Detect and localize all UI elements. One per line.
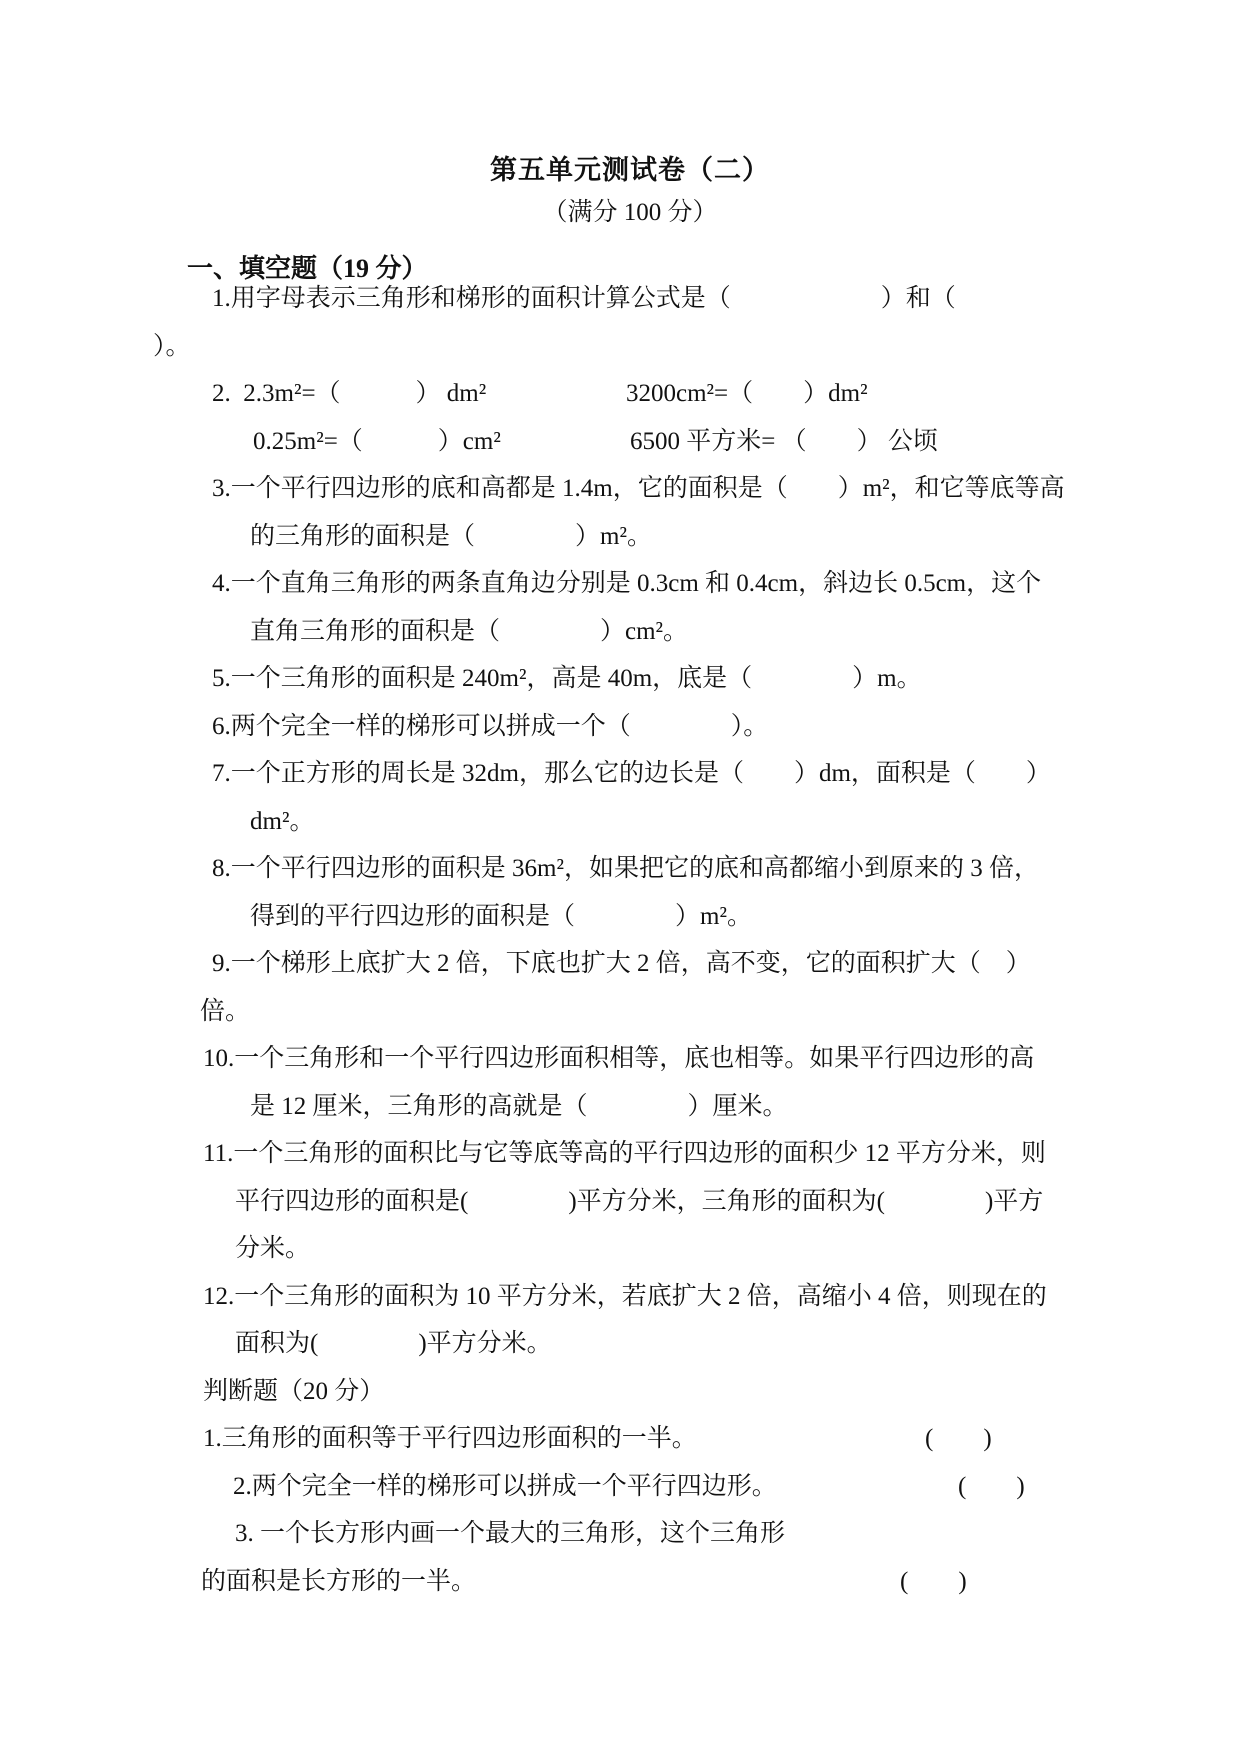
tf-question-3-line-1: 3. 一个长方形内画一个最大的三角形，这个三角形 [150, 1510, 1160, 1558]
question-4-line-2: 直角三角形的面积是（ ）cm²。 [150, 608, 1160, 656]
question-12-line-1: 12.一个三角形的面积为 10 平方分米，若底扩大 2 倍，高缩小 4 倍，则现… [150, 1273, 1160, 1321]
question-10-line-2: 是 12 厘米，三角形的高就是（ ）厘米。 [150, 1083, 1160, 1131]
question-1-line-1: 1.用字母表示三角形和梯形的面积计算公式是（ ）和（ [150, 275, 1160, 323]
question-8-line-2: 得到的平行四边形的面积是（ ）m²。 [150, 893, 1160, 941]
tf-question-2-answer-blank: ( ) [958, 1463, 1025, 1511]
question-10-line-1: 10.一个三角形和一个平行四边形面积相等，底也相等。如果平行四边形的高 [150, 1035, 1160, 1083]
unit-conversion-4: 6500 平方米= （ ） 公顷 [630, 418, 938, 466]
question-5: 5.一个三角形的面积是 240m²，高是 40m，底是（ ）m。 [150, 655, 1160, 703]
test-paper-page: 第五单元测试卷（二） （满分 100 分） 一、填空题（19 分） 1.用字母表… [0, 0, 1241, 1754]
tf-question-2-text: 2.两个完全一样的梯形可以拼成一个平行四边形。 [233, 1473, 777, 1500]
question-12-line-2: 面积为( )平方分米。 [150, 1320, 1160, 1368]
tf-question-1-text: 1.三角形的面积等于平行四边形面积的一半。 [203, 1425, 697, 1452]
section-heading-true-false: 判断题（20 分） [150, 1368, 1160, 1416]
tf-question-3-answer-blank: ( ) [900, 1558, 967, 1606]
question-list: 1.用字母表示三角形和梯形的面积计算公式是（ ）和（ ）。 2. 2.3m²=（… [150, 275, 1160, 1605]
page-subtitle: （满分 100 分） [150, 190, 1110, 236]
question-11-line-2: 平行四边形的面积是( )平方分米，三角形的面积为( )平方 [150, 1178, 1160, 1226]
tf-question-3-text: 的面积是长方形的一半。 [201, 1568, 476, 1595]
tf-question-3-line-2: 的面积是长方形的一半。( ) [150, 1558, 1160, 1606]
question-8-line-1: 8.一个平行四边形的面积是 36m²，如果把它的底和高都缩小到原来的 3 倍， [150, 845, 1160, 893]
unit-conversion-1: 2. 2.3m²=（ ） dm² [212, 380, 486, 407]
question-1-line-2: ）。 [150, 323, 1160, 371]
unit-conversion-3: 0.25m²=（ ）cm² [253, 428, 501, 455]
question-6: 6.两个完全一样的梯形可以拼成一个（ ）。 [150, 703, 1160, 751]
question-2-line-1: 2. 2.3m²=（ ） dm²3200cm²=（ ）dm² [150, 370, 1160, 418]
doc-header: 第五单元测试卷（二） （满分 100 分） [150, 150, 1110, 236]
question-4-line-1: 4.一个直角三角形的两条直角边分别是 0.3cm 和 0.4cm，斜边长 0.5… [150, 560, 1160, 608]
tf-question-2: 2.两个完全一样的梯形可以拼成一个平行四边形。( ) [150, 1463, 1160, 1511]
question-3-line-2: 的三角形的面积是（ ）m²。 [150, 513, 1160, 561]
question-2-line-2: 0.25m²=（ ）cm²6500 平方米= （ ） 公顷 [150, 418, 1160, 466]
question-9-line-2: 倍。 [150, 988, 1160, 1036]
page-title: 第五单元测试卷（二） [150, 150, 1110, 190]
tf-question-1: 1.三角形的面积等于平行四边形面积的一半。( ) [150, 1415, 1160, 1463]
question-7-line-2: dm²。 [150, 798, 1160, 846]
question-7-line-1: 7.一个正方形的周长是 32dm，那么它的边长是（ ）dm，面积是（ ） [150, 750, 1160, 798]
question-3-line-1: 3.一个平行四边形的底和高都是 1.4m，它的面积是（ ）m²，和它等底等高 [150, 465, 1160, 513]
question-11-line-1: 11.一个三角形的面积比与它等底等高的平行四边形的面积少 12 平方分米，则 [150, 1130, 1160, 1178]
tf-question-1-answer-blank: ( ) [925, 1415, 992, 1463]
unit-conversion-2: 3200cm²=（ ）dm² [626, 370, 868, 418]
question-9-line-1: 9.一个梯形上底扩大 2 倍，下底也扩大 2 倍，高不变，它的面积扩大（ ） [150, 940, 1160, 988]
question-11-line-3: 分米。 [150, 1225, 1160, 1273]
